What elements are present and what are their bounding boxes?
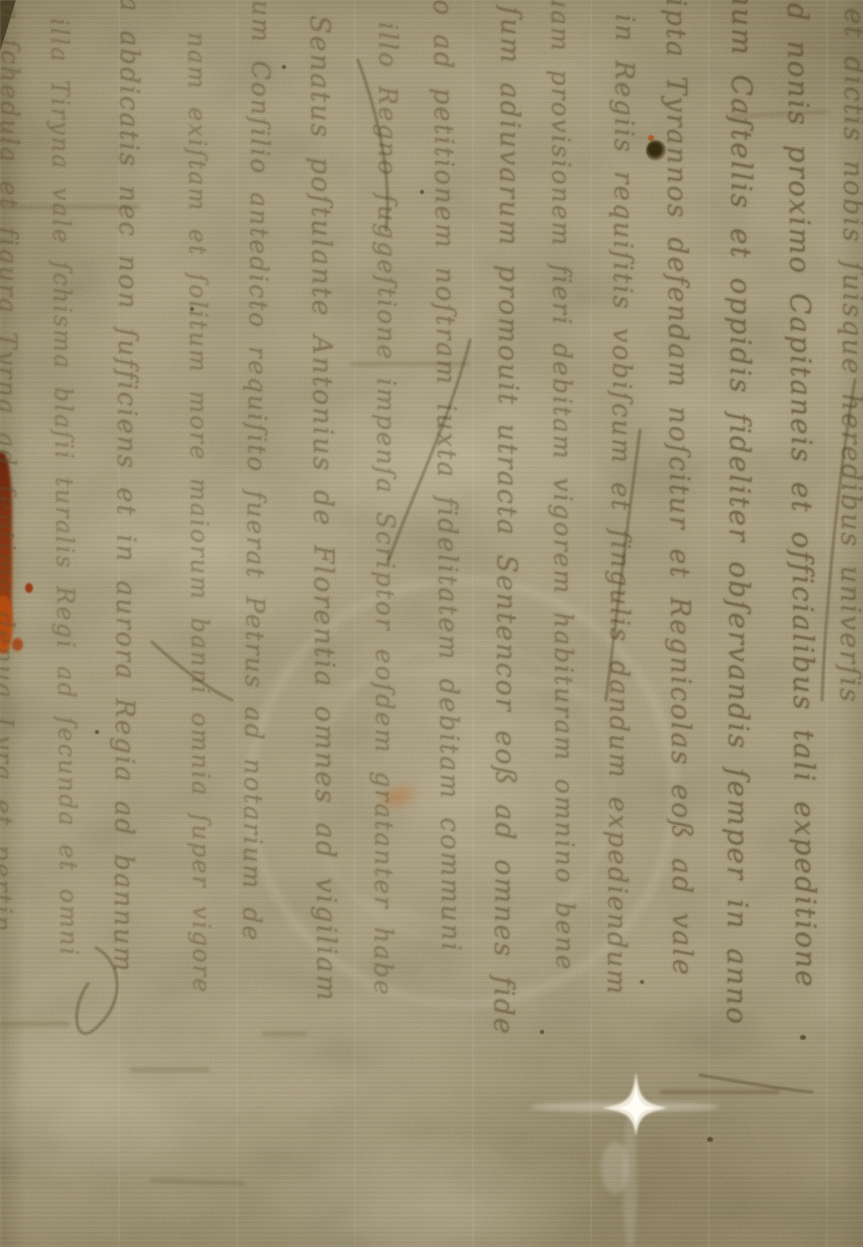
handwriting-line: illa Tiryna vale ſchisma blaſii turalis … (45, 18, 83, 957)
show-through-stroke (730, 109, 830, 118)
paper-speck (95, 730, 99, 734)
show-through-stroke (0, 1022, 70, 1026)
show-through-stroke (150, 1178, 245, 1185)
paper-grain-texture (0, 0, 863, 1247)
corner-damage (0, 0, 16, 52)
handwriting-line: et dictis nobis ſuisque heredibus univer… (834, 8, 863, 704)
handwriting-line: mea abdicatis nec non ſufficiens et in a… (107, 0, 144, 973)
handwriting-line: cum Conſilio antedicto requiſito fuerat … (237, 0, 276, 942)
rust-smudge (369, 775, 428, 820)
paper-mottling-texture (0, 0, 863, 1247)
handwriting-line: quod nonis proximo Capitaneis et officia… (780, 0, 822, 989)
red-stain-dot (25, 583, 33, 593)
paper-speck (540, 1030, 544, 1034)
handwriting-layer: alta ſchedula et figura Tyrna ad ſeptima… (0, 0, 863, 1247)
handwriting-line: illo Regno ſuggeſtione impenſa Scriptor … (368, 22, 402, 997)
show-through-stroke (0, 205, 140, 209)
paper-speck (190, 307, 194, 311)
show-through-stroke (130, 1068, 210, 1072)
manuscript-page: alta ſchedula et figura Tyrna ad ſeptima… (0, 0, 863, 1247)
show-through-stroke (660, 1090, 780, 1094)
handwriting-line: ſum adiuvarum promouit utracta Sentencor… (487, 6, 525, 1036)
ink-blot (646, 140, 666, 161)
paper-speck (707, 1137, 713, 1142)
paper-speck (640, 980, 644, 984)
handwriting-line: nam exiſtam et ſolitum more maiorum bann… (182, 32, 215, 994)
pen-flourishes (0, 0, 863, 1247)
show-through-layer (0, 0, 863, 1247)
handwriting-line: quam provisionem fieri debitam vigorem h… (545, 0, 579, 972)
paper-speck (420, 190, 424, 194)
paper-hole-star (0, 0, 863, 1247)
show-through-stroke (350, 362, 470, 366)
handwriting-line: in Regiis requiſitis vobiſcum et ſinguli… (601, 14, 640, 996)
watermark-circle (0, 0, 863, 1247)
edge-vignette (0, 0, 863, 1247)
paper-speck (800, 1035, 806, 1040)
show-through-stroke (262, 1032, 307, 1036)
paper-speck (282, 65, 286, 69)
handwriting-line: num Caſtellis et oppidis fideliter obſer… (720, 0, 758, 1026)
handwriting-line: quo ad petitionem noſtram iuxta fidelita… (427, 0, 466, 953)
handwriting-line: ſuo Senatus poſtulante Antonius de Flore… (303, 0, 341, 1002)
red-stain-dot (12, 638, 23, 651)
